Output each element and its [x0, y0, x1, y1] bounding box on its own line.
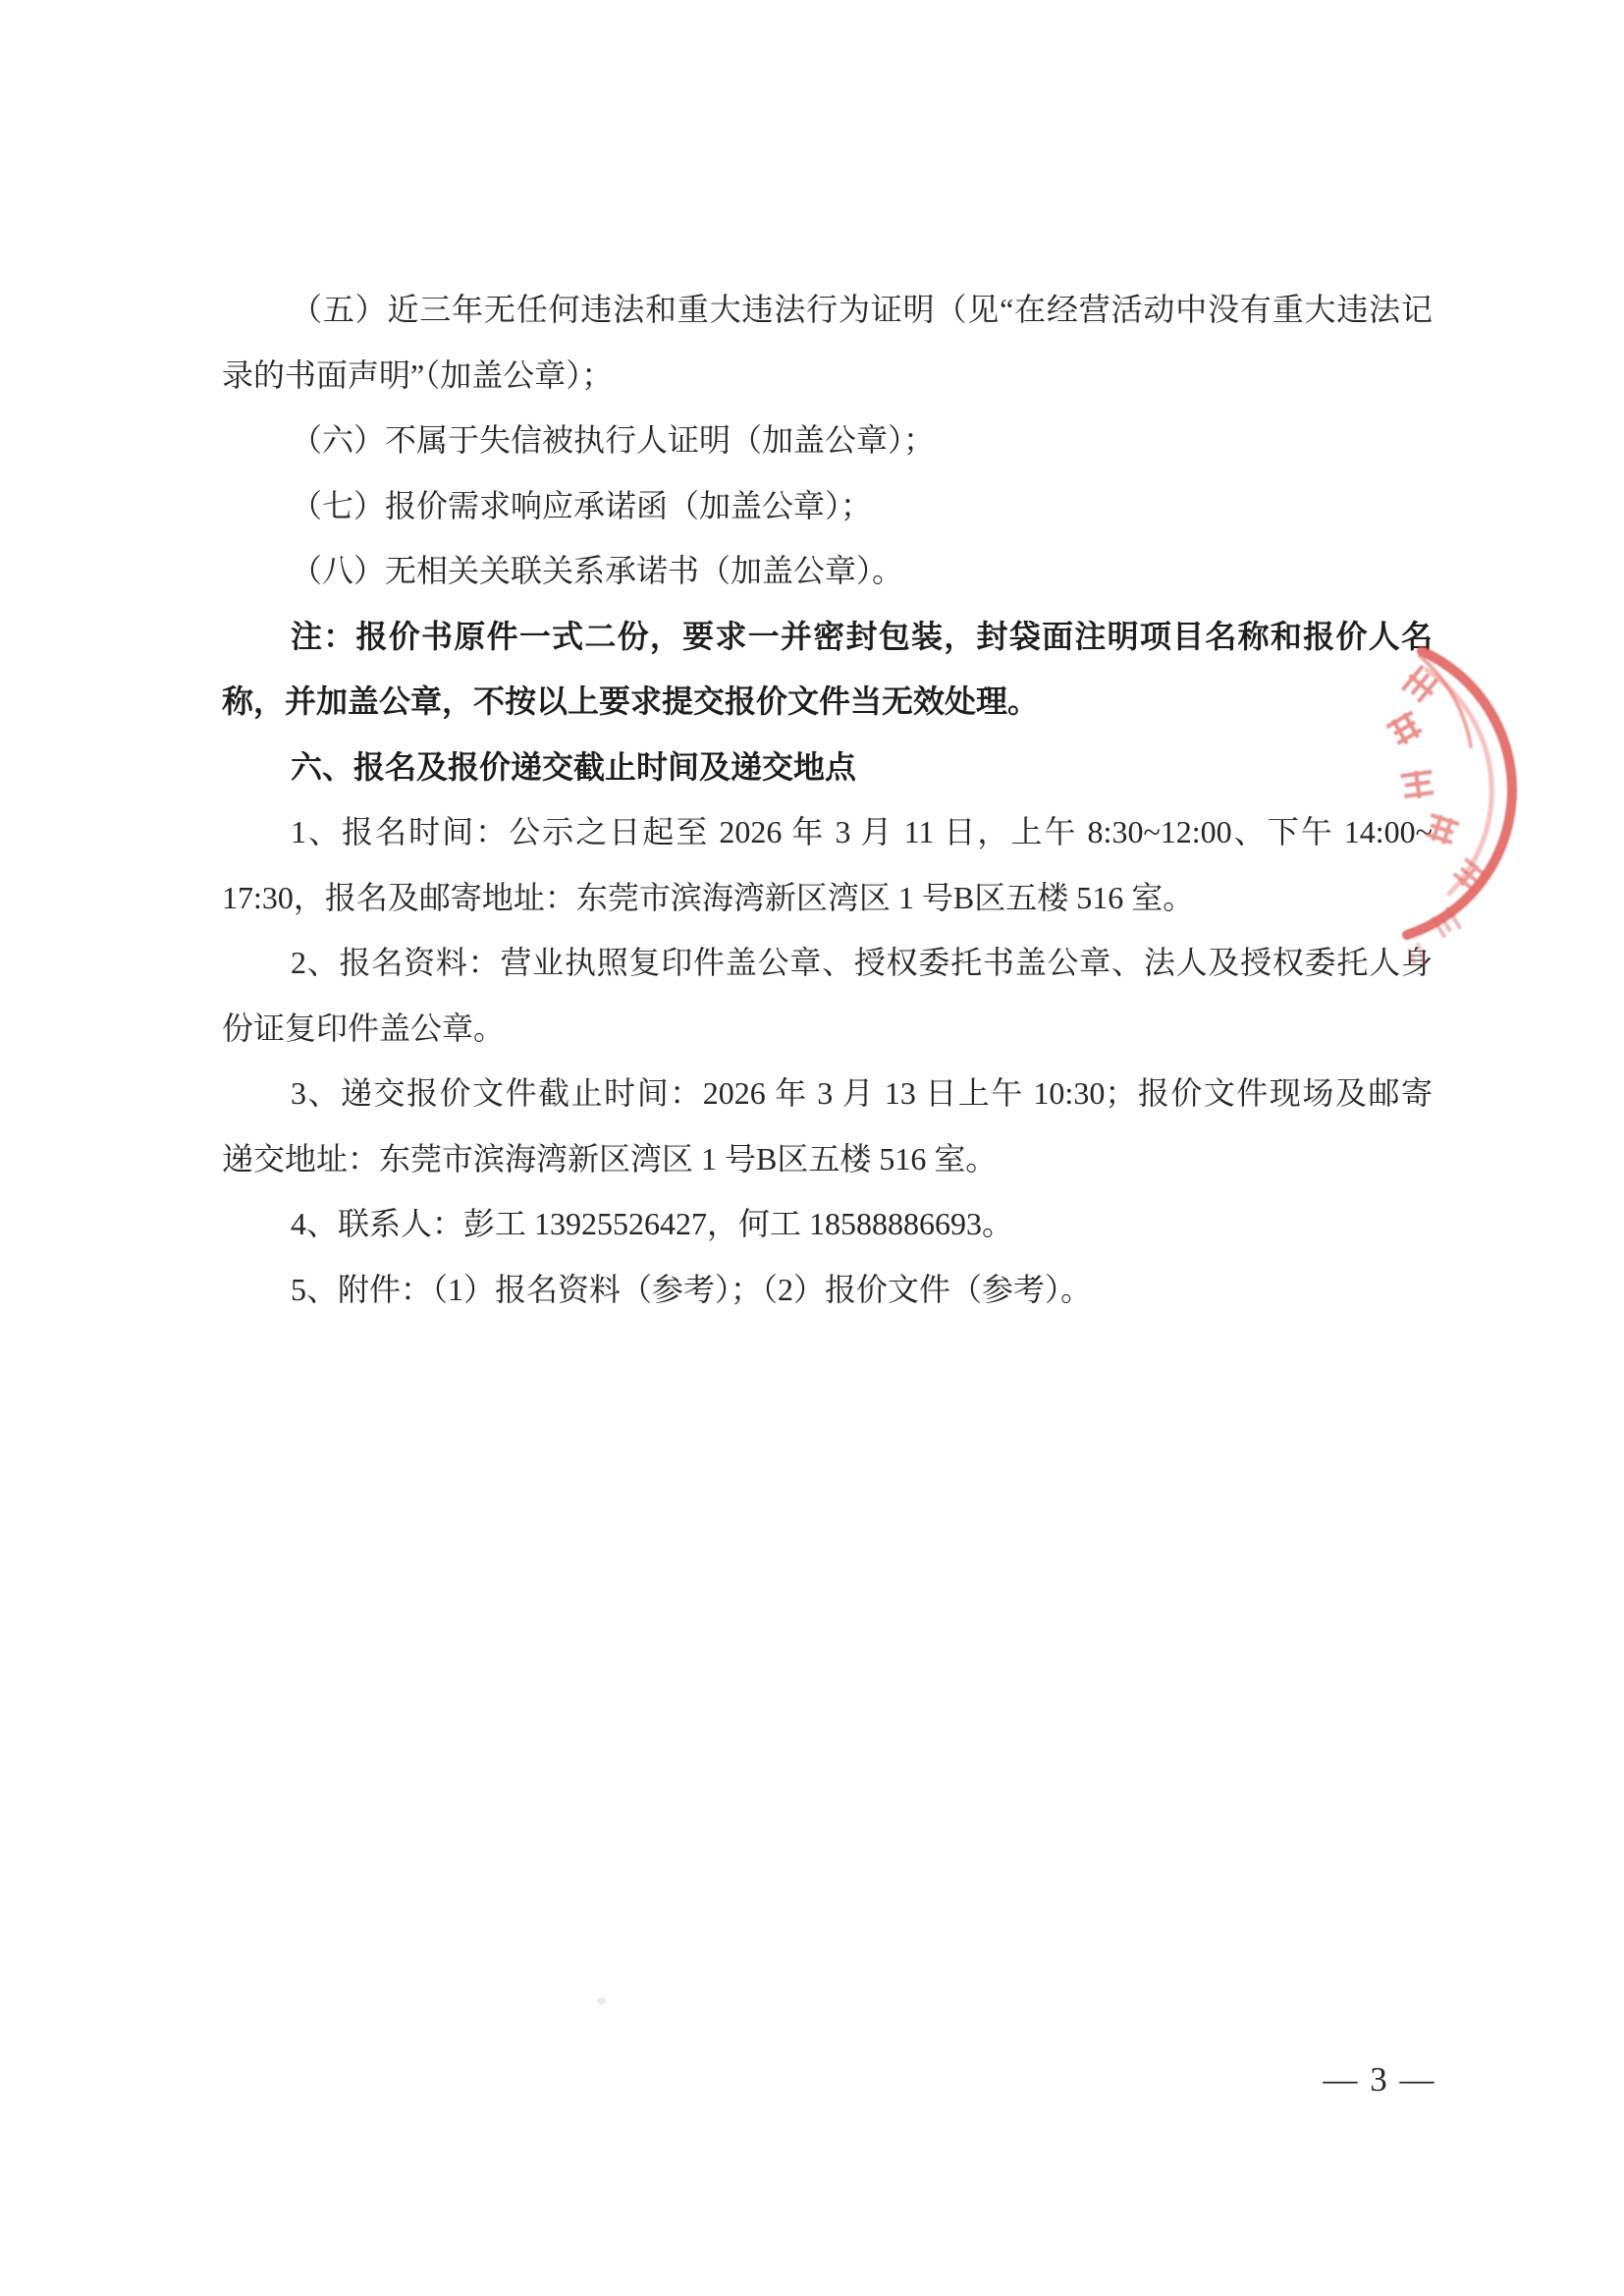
text-line: 递交地址：东莞市滨海湾新区湾区 1 号B区五楼 516 室。 — [222, 1126, 1433, 1192]
document-body: （五）近三年无任何违法和重大违法行为证明（见“在经营活动中没有重大违法记 录的书… — [222, 277, 1433, 1322]
text-line: 3、递交报价文件截止时间：2026 年 3 月 13 日上午 10:30；报价文… — [222, 1061, 1433, 1126]
text-line: 17:30，报名及邮寄地址：东莞市滨海湾新区湾区 1 号B区五楼 516 室。 — [222, 865, 1433, 931]
text-line: 5、附件：（1）报名资料（参考）；（2）报价文件（参考）。 — [222, 1257, 1433, 1323]
text-line: 录的书面声明”（加盖公章）； — [222, 343, 1433, 409]
note-line: 称，并加盖公章，不按以上要求提交报价文件当无效处理。 — [222, 669, 1433, 735]
text-line: （八）无相关关联关系承诺书（加盖公章）。 — [222, 538, 1433, 604]
text-line: 4、联系人：彭工 13925526427，何工 18588886693。 — [222, 1191, 1433, 1257]
text-line: （七）报价需求响应承诺函（加盖公章）； — [222, 473, 1433, 539]
scanned-document-page: { "doc": { "lines": [ { "text": "（五）近三年无… — [0, 0, 1624, 2296]
scan-artifact — [597, 1997, 606, 2004]
page-number: — 3 — — [1306, 2060, 1453, 2100]
text-line: （五）近三年无任何违法和重大违法行为证明（见“在经营活动中没有重大违法记 — [222, 277, 1433, 343]
text-line: 2、报名资料：营业执照复印件盖公章、授权委托书盖公章、法人及授权委托人身 — [222, 930, 1433, 996]
section-heading: 六、报名及报价递交截止时间及递交地点 — [222, 735, 1433, 800]
note-line: 注：报价书原件一式二份，要求一并密封包装，封袋面注明项目名称和报价人名 — [222, 604, 1433, 670]
text-line: 1、报名时间：公示之日起至 2026 年 3 月 11 日，上午 8:30~12… — [222, 799, 1433, 865]
text-line: 份证复印件盖公章。 — [222, 996, 1433, 1062]
text-line: （六）不属于失信被执行人证明（加盖公章）； — [222, 408, 1433, 473]
